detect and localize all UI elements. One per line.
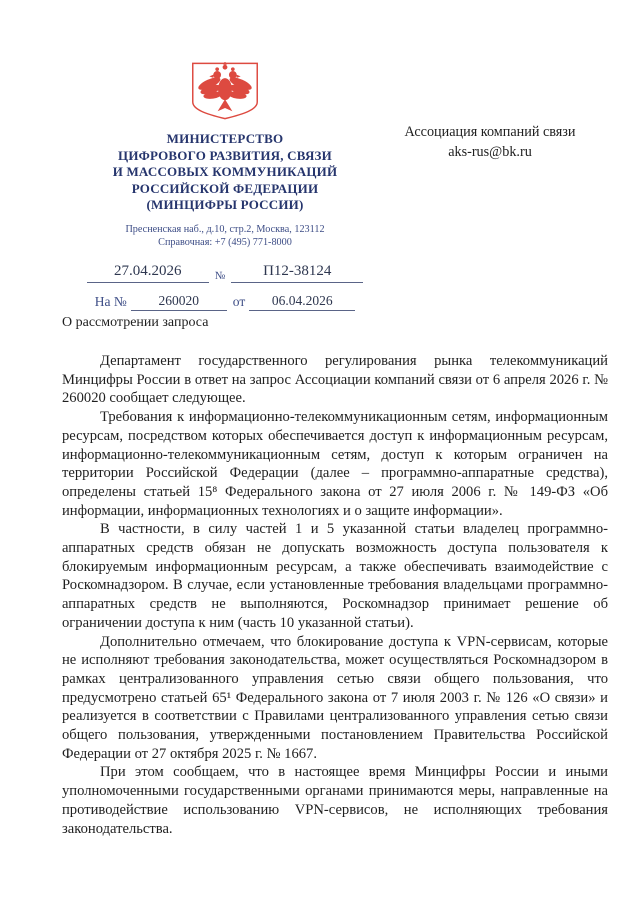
ministry-line: (МИНЦИФРЫ РОССИИ) <box>60 197 390 214</box>
reply-to-date: 06.04.2026 <box>249 293 355 311</box>
recipient-email: aks-rus@bk.ru <box>368 142 612 162</box>
ministry-line: ЦИФРОВОГО РАЗВИТИЯ, СВЯЗИ <box>60 148 390 165</box>
letter-date: 27.04.2026 <box>87 263 209 283</box>
ministry-line: МИНИСТЕРСТВО <box>60 131 390 148</box>
letter-number: П12-38124 <box>231 263 363 283</box>
recipient-name: Ассоциация компаний связи <box>368 122 612 142</box>
letter-page: МИНИСТЕРСТВО ЦИФРОВОГО РАЗВИТИЯ, СВЯЗИ И… <box>0 0 640 907</box>
ministry-address: Пресненская наб., д.10, стр.2, Москва, 1… <box>60 223 390 249</box>
body-paragraph: В частности, в силу частей 1 и 5 указанн… <box>62 520 608 632</box>
body-paragraph: Департамент государственного регулирован… <box>62 352 608 408</box>
reply-to-number: 260020 <box>131 293 227 311</box>
recipient-block: Ассоциация компаний связи aks-rus@bk.ru <box>368 122 612 162</box>
subject-line: О рассмотрении запроса <box>62 315 208 331</box>
address-line: Справочная: +7 (495) 771-8000 <box>60 236 390 249</box>
body-paragraph: Требования к информационно-телекоммуника… <box>62 408 608 520</box>
reply-from-label: от <box>227 294 249 311</box>
letter-body: Департамент государственного регулирован… <box>62 352 608 838</box>
incoming-reference-row: На № 260020 от 06.04.2026 <box>60 293 390 311</box>
ministry-line: И МАССОВЫХ КОММУНИКАЦИЙ <box>60 164 390 181</box>
coat-of-arms-icon <box>190 60 260 127</box>
letterhead: МИНИСТЕРСТВО ЦИФРОВОГО РАЗВИТИЯ, СВЯЗИ И… <box>60 60 390 311</box>
number-sign: № <box>215 270 226 283</box>
body-paragraph: При этом сообщаем, что в настоящее время… <box>62 763 608 838</box>
outgoing-reference-row: 27.04.2026 № П12-38124 <box>60 263 390 283</box>
ministry-name: МИНИСТЕРСТВО ЦИФРОВОГО РАЗВИТИЯ, СВЯЗИ И… <box>60 131 390 214</box>
body-paragraph: Дополнительно отмечаем, что блокирование… <box>62 633 608 764</box>
reply-to-label: На № <box>95 294 131 311</box>
address-line: Пресненская наб., д.10, стр.2, Москва, 1… <box>60 223 390 236</box>
ministry-line: РОССИЙСКОЙ ФЕДЕРАЦИИ <box>60 181 390 198</box>
